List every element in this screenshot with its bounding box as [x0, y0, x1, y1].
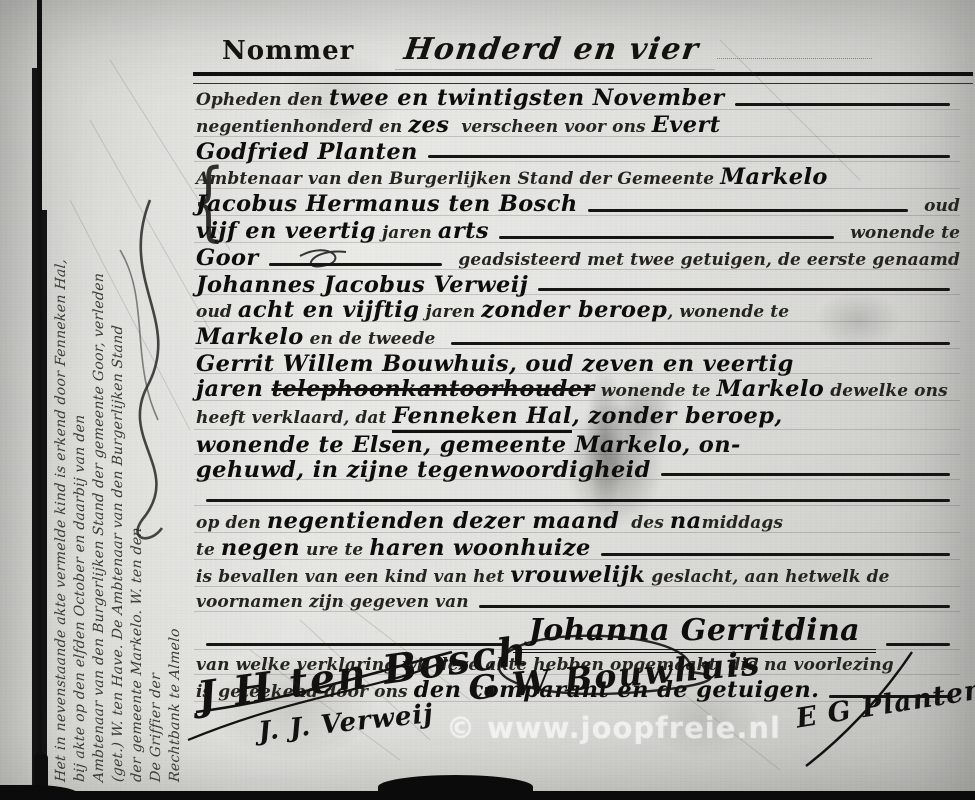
number-value: Honderd en vier: [396, 33, 720, 70]
printed-text: Ambtenaar van den Burgerlijken Stand der…: [196, 167, 720, 192]
header-divider-rule: [193, 72, 973, 84]
ink-fill-line: [735, 103, 950, 106]
printed-text: en de tweede: [304, 327, 442, 352]
act-line: Johanna Gerritdina: [196, 615, 960, 653]
handwritten-text: zes: [408, 113, 449, 138]
printed-text: heeft verklaard, dat: [196, 406, 392, 431]
act-line: Goor geadsisteerd met twee getuigen, de …: [196, 246, 960, 273]
act-line: vijf en veertig jaren arts wonende te: [196, 219, 960, 246]
handwritten-text: negentienden dezer maand: [267, 509, 619, 534]
scanned-birth-record-photo: { "watermark": "© www.joopfreie.nl", "he…: [0, 0, 975, 800]
margin-note-line: De Griffier der: [147, 29, 166, 783]
ink-blot-bottom-left: [0, 785, 78, 800]
act-line: jaren telephoonkantoorhouder wonende te …: [196, 377, 960, 404]
printed-text: , wonende te: [667, 300, 789, 325]
act-line: Opheden den twee en twintigsten November: [196, 86, 960, 113]
handwritten-text: telephoonkantoorhouder: [271, 377, 594, 402]
handwritten-text: Gerrit Willem Bouwhuis, oud zeven en vee…: [196, 352, 794, 377]
handwritten-text: Goor: [196, 246, 259, 271]
printed-text: geslacht, aan hetwelk de: [645, 565, 889, 590]
act-line: voornamen zijn gegeven van: [196, 590, 960, 615]
printed-text: oud: [918, 194, 960, 219]
act-line: gehuwd, in zijne tegenwoordigheid: [196, 458, 960, 483]
watermark: © www.joopfreie.nl: [446, 712, 781, 744]
printed-text: te: [196, 538, 221, 563]
printed-text: geadsisteerd met twee getuigen, de eerst…: [452, 248, 960, 273]
handwritten-text: zonder beroep: [481, 298, 667, 323]
act-line: Godfried Planten: [196, 140, 960, 165]
handwritten-text: Godfried Planten: [196, 140, 418, 165]
act-line: oud acht en vijftig jaren zonder beroep,…: [196, 298, 960, 325]
act-line: Ambtenaar van den Burgerlijken Stand der…: [196, 165, 960, 192]
handwritten-text: gehuwd, in zijne tegenwoordigheid: [196, 458, 651, 483]
ink-fill-line: [479, 605, 950, 608]
handwritten-text: wonende te Elsen, gemeente Markelo, on-: [196, 433, 741, 458]
printed-text: voornamen zijn gegeven van: [196, 590, 469, 615]
handwritten-text: Evert: [652, 113, 721, 138]
ink-fill-line: [428, 155, 950, 158]
act-line: heeft verklaard, dat Fenneken Hal, zonde…: [196, 404, 960, 433]
margin-note-line: Rechtbank te Almelo: [166, 29, 185, 783]
ink-fill-line: [206, 499, 950, 502]
ink-fill-line: [601, 553, 950, 556]
handwritten-text: arts: [438, 219, 489, 244]
printed-text: oud: [196, 300, 238, 325]
number-label: Nommer: [222, 35, 354, 67]
printed-text: ure te: [300, 538, 369, 563]
ink-blot-bottom: [378, 775, 533, 799]
act-line: op den negentienden dezer maand des nami…: [196, 509, 960, 536]
margin-note-line: Ambtenaar van den Burgerlijken Stand der…: [90, 29, 109, 783]
handwritten-text: na: [670, 509, 702, 534]
act-line: wonende te Elsen, gemeente Markelo, on-: [196, 433, 960, 458]
handwritten-text: haren woonhuize: [369, 536, 590, 561]
handwritten-text: Markelo: [720, 165, 828, 190]
printed-text: dewelke ons: [824, 379, 948, 404]
handwritten-text: Fenneken Hal: [392, 404, 571, 433]
act-line: Gerrit Willem Bouwhuis, oud zeven en vee…: [196, 352, 960, 377]
ink-fill-line: [886, 643, 950, 646]
ink-fill-line: [538, 288, 950, 291]
printed-text: wonende te: [844, 221, 960, 246]
handwritten-text: Markelo: [717, 377, 825, 402]
ink-fill-line: [499, 236, 834, 239]
printed-text: middags: [702, 511, 783, 536]
printed-text: Opheden den: [196, 88, 329, 113]
handwritten-text: Johanna Gerritdina: [513, 615, 876, 653]
handwritten-text: Markelo: [196, 325, 304, 350]
printed-text: op den: [196, 511, 267, 536]
margin-note-line: Het in nevenstaande akte vermelde kind i…: [52, 29, 71, 783]
act-line: Jacobus Hermanus ten Bosch oud: [196, 192, 960, 219]
book-binding-edge: [37, 0, 42, 800]
handwritten-text: twee en twintigsten November: [329, 86, 725, 111]
margin-note-line: der gemeente Markelo. W. ten den: [128, 29, 147, 783]
printed-text: jaren: [376, 221, 438, 246]
ink-fill-line: [661, 473, 950, 476]
handwritten-text: , zonder beroep,: [572, 404, 783, 429]
handwritten-text: acht en vijftig: [238, 298, 420, 323]
printed-text: verscheen voor ons: [449, 115, 651, 140]
act-header: Nommer Honderd en vier: [222, 28, 872, 70]
handwritten-text: vrouwelijk: [510, 563, 645, 588]
printed-text: jaren: [419, 300, 481, 325]
ink-fill-line: [269, 263, 443, 266]
margin-note-line: (get.) W. ten Have. De Ambtenaar van den…: [109, 29, 128, 783]
handwritten-text: Johannes Jacobus Verweij: [196, 273, 528, 298]
ink-fill-line: [451, 342, 950, 345]
handwritten-text: Jacobus Hermanus ten Bosch: [196, 192, 578, 217]
handwritten-text: negen: [221, 536, 300, 561]
margin-note-line: bij akte op den elfden October en daarbi…: [71, 29, 90, 783]
printed-text: is bevallen van een kind van het: [196, 565, 510, 590]
printed-text: wonende te: [595, 379, 717, 404]
handwritten-text: jaren: [196, 377, 271, 402]
ink-fill-line: [588, 209, 908, 212]
act-line: te negen ure te haren woonhuize: [196, 536, 960, 563]
act-line: negentienhonderd en zes verscheen voor o…: [196, 113, 960, 140]
act-line: [196, 483, 960, 508]
handwritten-text: vijf en veertig: [196, 219, 376, 244]
number-rule: [717, 28, 872, 59]
margin-note: Het in nevenstaande akte vermelde kind i…: [52, 30, 185, 782]
act-line: is bevallen van een kind van het vrouwel…: [196, 563, 960, 590]
printed-text: des: [619, 511, 670, 536]
printed-text: negentienhonderd en: [196, 115, 408, 140]
act-line: Johannes Jacobus Verweij: [196, 273, 960, 298]
act-line: Markelo en de tweede: [196, 325, 960, 352]
act-body: Opheden den twee en twintigsten November…: [196, 86, 960, 705]
